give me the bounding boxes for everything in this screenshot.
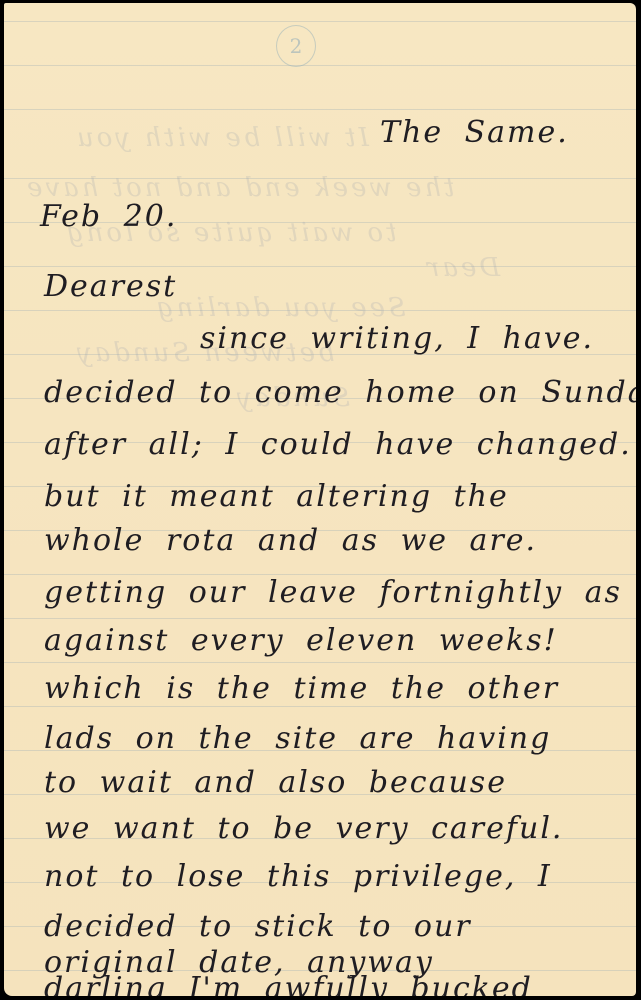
letter-body-line: but it meant altering the [44, 479, 509, 514]
show-through-line: It will be with you [74, 123, 369, 153]
show-through-line: See you darling [154, 293, 406, 323]
letter-body-line: decided to come home on Sunday [44, 375, 636, 410]
letter-date: Feb 20. [40, 199, 177, 234]
page-number: 2 [276, 25, 316, 67]
letter-body-line: after all; I could have changed. [44, 427, 632, 462]
letter-body-line: whole rota and as we are. [44, 523, 537, 558]
letter-body-line: decided to stick to our [44, 909, 472, 944]
letter-body-line: getting our leave fortnightly as [44, 575, 622, 610]
letter-body-line: lads on the site are having [44, 721, 551, 756]
letter-body-line: not to lose this privilege, I [44, 859, 552, 894]
letter-body-line: we want to be very careful. [44, 811, 563, 846]
letter-address: The Same. [380, 115, 569, 150]
letter-body-line: to wait and also because [44, 765, 507, 800]
letter-body-line: darling I'm awfully bucked [44, 971, 533, 996]
letter-body-line: which is the time the other [44, 671, 559, 706]
letter-body-line: since writing, I have. [200, 321, 594, 356]
letter-salutation: Dearest [44, 269, 177, 304]
show-through-line: Dear [424, 253, 500, 283]
letter-body-line: against every eleven weeks! [44, 623, 558, 658]
letter-page: It will be with you the week end and not… [4, 3, 636, 996]
